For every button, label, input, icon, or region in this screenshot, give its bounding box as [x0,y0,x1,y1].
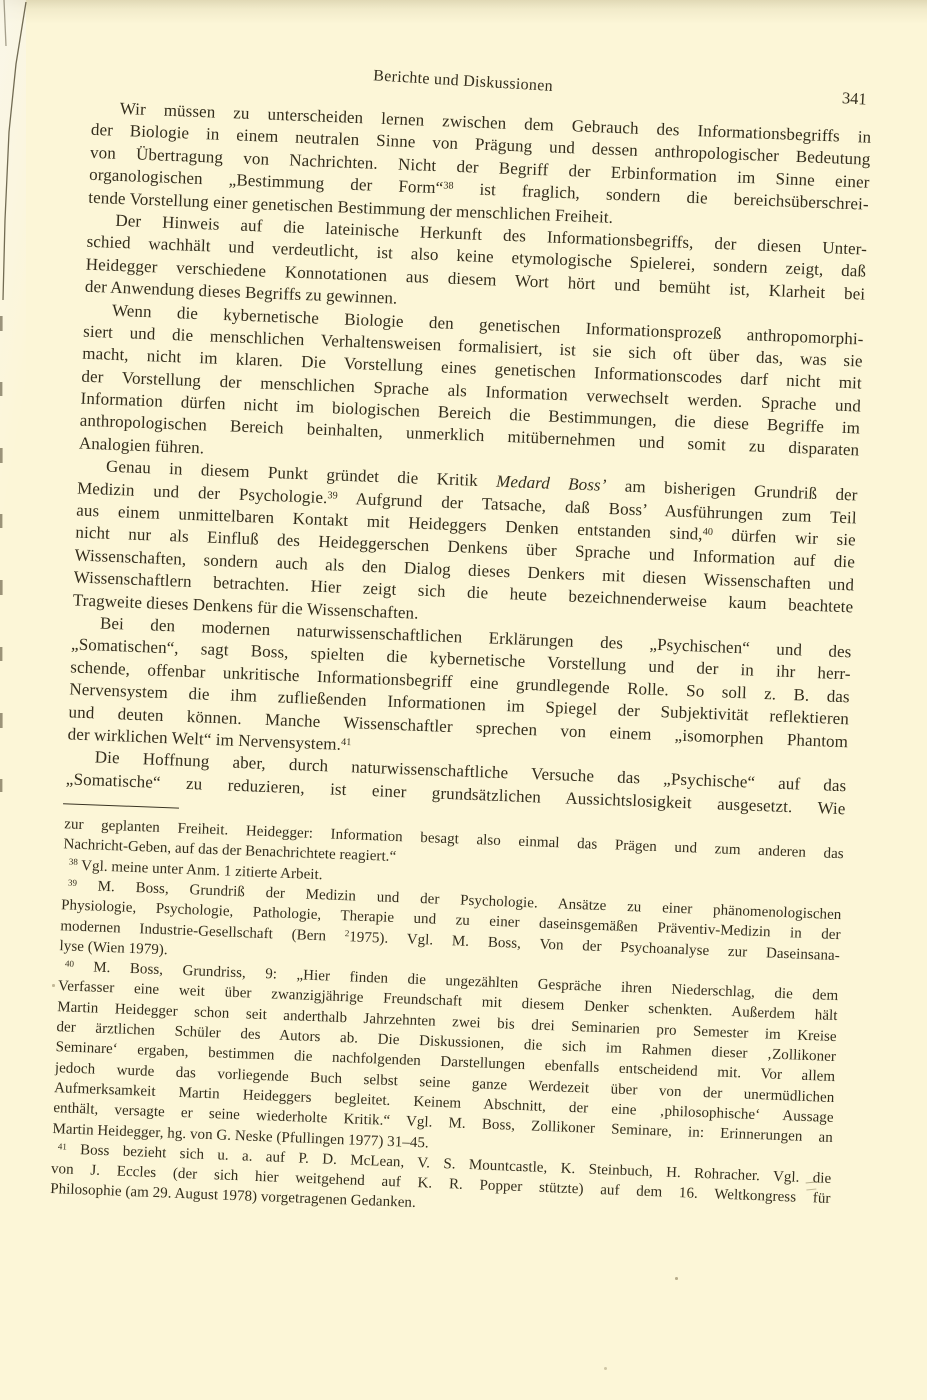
page-edge-line [0,0,40,800]
superscript: 38 [69,857,78,867]
paragraph: Wenn die kybernetische Biologie den gene… [78,298,863,485]
superscript: 41 [341,737,352,748]
running-header-title: Berichte und Diskussionen [373,67,554,96]
page-edge-dashes [0,316,3,792]
page-number: 341 [841,88,873,110]
footnote-separator [63,803,179,808]
text-run: Analogien führen. [79,433,205,457]
superscript: 39 [327,490,338,501]
superscript: 40 [703,527,714,538]
superscript: 41 [58,1141,67,1151]
scanned-book-page: Berichte und Diskussionen 341 Wir müssen… [0,0,927,1400]
body-text: Wir müssen zu unterscheiden lernen zwisc… [66,97,872,821]
superscript: 2 [345,928,350,938]
text-run: lyse (Wien 1979). [59,938,168,958]
page-content: Berichte und Diskussionen 341 Wir müssen… [28,50,874,1230]
scan-shadow-top [0,0,927,26]
superscript: 38 [443,181,454,192]
scan-speck [604,1367,607,1370]
superscript: 39 [68,877,77,887]
page-edge-highlight [0,0,26,620]
superscript: 40 [65,958,74,968]
footnote: 40 M. Boss, Grundriss, 9: „Hier finden d… [52,956,838,1168]
text-run: dürfen wir sie [713,525,857,549]
scan-speck [675,1277,678,1280]
footnotes: zur geplanten Freiheit. Heidegger: Infor… [50,814,844,1229]
italic-text: Medard Boss’ [496,472,607,495]
paragraph: Genau in diesem Punkt gründet die Kritik… [72,455,857,642]
header-spacer [93,64,393,82]
